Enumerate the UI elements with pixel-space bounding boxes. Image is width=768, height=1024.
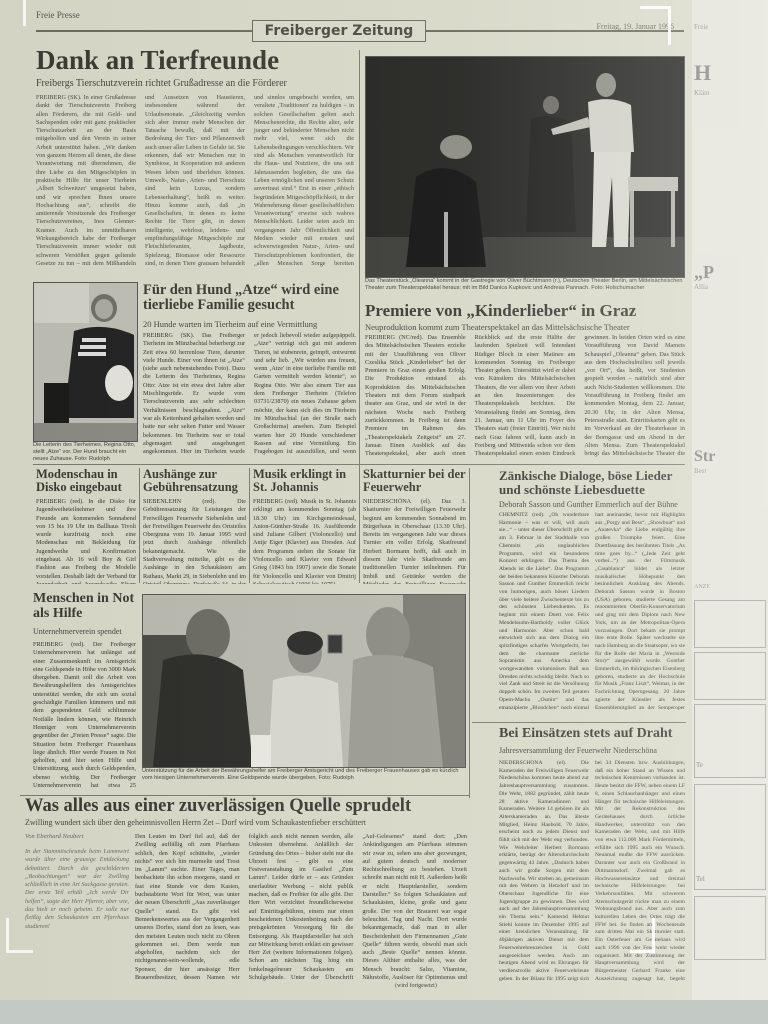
column-divider — [359, 468, 360, 583]
headline-modenschau: Modenschau in Disko eingebaut — [36, 468, 136, 494]
subheadline-tierfreunde: Freibergs Tierschutzverein richtet Grußa… — [36, 78, 287, 89]
headline-musik: Musik erklingt in St. Johannis — [253, 468, 358, 494]
headline-einsaetze: Bei Einsätzen stets auf Draht — [499, 727, 672, 742]
article-body-tierfreunde: FREIBERG (SK). In einer Grußadresse dank… — [36, 94, 354, 274]
adjacent-page-strip: Freie H Kläm „P Allia Str Best ANZE Te T… — [692, 0, 768, 1000]
adjacent-sub-1: Kläm — [694, 90, 710, 97]
subheadline-atze: 20 Hunde warten im Tierheim auf eine Ver… — [143, 319, 317, 329]
newspaper-page: Freie Presse Freiberger Zeitung Freitag,… — [0, 0, 768, 1000]
column-divider — [359, 50, 360, 470]
adjacent-headline-3: Str — [694, 448, 715, 466]
column-divider — [249, 468, 250, 583]
subheadline-menschen: Unternehmerverein spendet — [33, 627, 122, 636]
classified-ad-box — [694, 784, 766, 890]
headline-tierfreunde: Dank an Tierfreunde — [36, 46, 279, 74]
headline-aushaenge: Aushänge zur Gebührensatzung — [143, 468, 248, 494]
adjacent-sub-3: Best — [694, 468, 706, 475]
column-divider — [139, 468, 140, 583]
classified-ad-box — [694, 600, 766, 648]
article-body-modenschau: FREIBERG (red). In die Disko für Jugendw… — [36, 498, 136, 584]
donation-handover-image — [143, 595, 465, 767]
article-intro-quelle: In der Stammtischrunde beim Lammwirt wur… — [25, 848, 129, 990]
headline-skat: Skatturnier bei der Feuerwehr — [363, 468, 468, 494]
article-body-quelle: Den Leuten im Dorf fiel auf, daß der Zwi… — [135, 833, 467, 983]
scan-marker-top-left — [22, 0, 26, 26]
subheadline-zaenkische: Deborah Sasson und Gunther Emmerlich auf… — [499, 500, 678, 509]
column-divider — [469, 468, 470, 798]
subheadline-einsaetze: Jahresversammlung der Feuerwehr Niedersc… — [499, 746, 657, 755]
atze-photo — [33, 282, 138, 442]
byline-quelle: Von Eberhard Neubert — [25, 833, 84, 840]
article-body-menschen: FREIBERG (red). Der Freiberger Unternehm… — [33, 641, 136, 789]
adjacent-tel-1: Te — [696, 762, 703, 769]
headline-quelle: Was alles aus einer zuverlässigen Quelle… — [25, 797, 411, 816]
page-header: Freie Presse Freiberger Zeitung Freitag,… — [36, 10, 684, 40]
article-body-aushaenge: SIEBENLEHN (red). Die Gebührensatzung fü… — [143, 498, 246, 584]
scan-marker-top-right — [640, 6, 671, 45]
article-body-musik: FREIBERG (red). Musik in St. Johannis er… — [253, 498, 356, 584]
headline-atze: Für den Hund „Atze“ wird eine tierliebe … — [143, 283, 358, 313]
theater-photo — [365, 56, 685, 278]
headline-zaenkische: Zänkische Dialoge, böse Lieder und schön… — [499, 469, 689, 496]
adjacent-headline-2: „P — [694, 262, 714, 283]
article-body-skat: NIEDERSCHÖNA (el). Das 3. Skatturnier de… — [363, 498, 466, 584]
theater-scene-image — [366, 57, 684, 277]
woman-with-dog-image — [34, 283, 137, 441]
article-body-atze: FREIBERG (SK). Das Freiberger Tierheim i… — [143, 332, 356, 458]
theater-photo-caption: Das Theaterstück „Oleanna“ kommt in der … — [365, 278, 683, 292]
article-body-einsaetze: NIEDERSCHÖNA (el). Die Kameraden der Fre… — [499, 760, 685, 990]
masthead: Freiberger Zeitung — [252, 20, 426, 42]
adjacent-headline-1: H — [694, 60, 711, 86]
atze-photo-caption: Die Leiterin des Tierheimes, Regina Otto… — [33, 442, 136, 463]
donation-photo — [142, 594, 466, 768]
article-body-kinderlieber: FREIBERG (NC/red). Das Ensemble des Mitt… — [365, 334, 685, 462]
headline-kinderlieber: Premiere von „Kinderlieber“ in Graz — [365, 302, 636, 320]
article-body-zaenkische: CHEMNITZ (red). „Oh wunderbare Harmonie … — [499, 512, 685, 718]
subheadline-quelle: Zwilling wundert sich über den geheimnis… — [25, 818, 366, 827]
classified-ad-box — [694, 896, 766, 960]
adjacent-publication: Freie — [694, 24, 708, 31]
headline-menschen: Menschen in Not als Hilfe — [33, 592, 138, 621]
scanner-background — [0, 1000, 768, 1024]
section-divider — [33, 464, 685, 465]
scan-marker-bottom-right — [630, 918, 655, 953]
donation-photo-caption: Unterstützung für die Arbeit der Bewähru… — [142, 768, 467, 782]
classified-ad-box — [694, 704, 766, 778]
section-divider — [472, 722, 686, 723]
adjacent-sub-2: Allia — [694, 284, 708, 291]
adjacent-tel-2: Tel — [696, 876, 705, 883]
publication-name: Freie Presse — [36, 10, 80, 20]
scan-marker-bottom-left — [6, 918, 33, 953]
classified-ad-box — [694, 652, 766, 700]
subheadline-kinderlieber: Neuproduktion kommt zum Theaterspektakel… — [365, 322, 630, 332]
adjacent-ad-label: ANZE — [694, 584, 710, 591]
continued-note: (wird fortgesetzt) — [395, 983, 437, 990]
